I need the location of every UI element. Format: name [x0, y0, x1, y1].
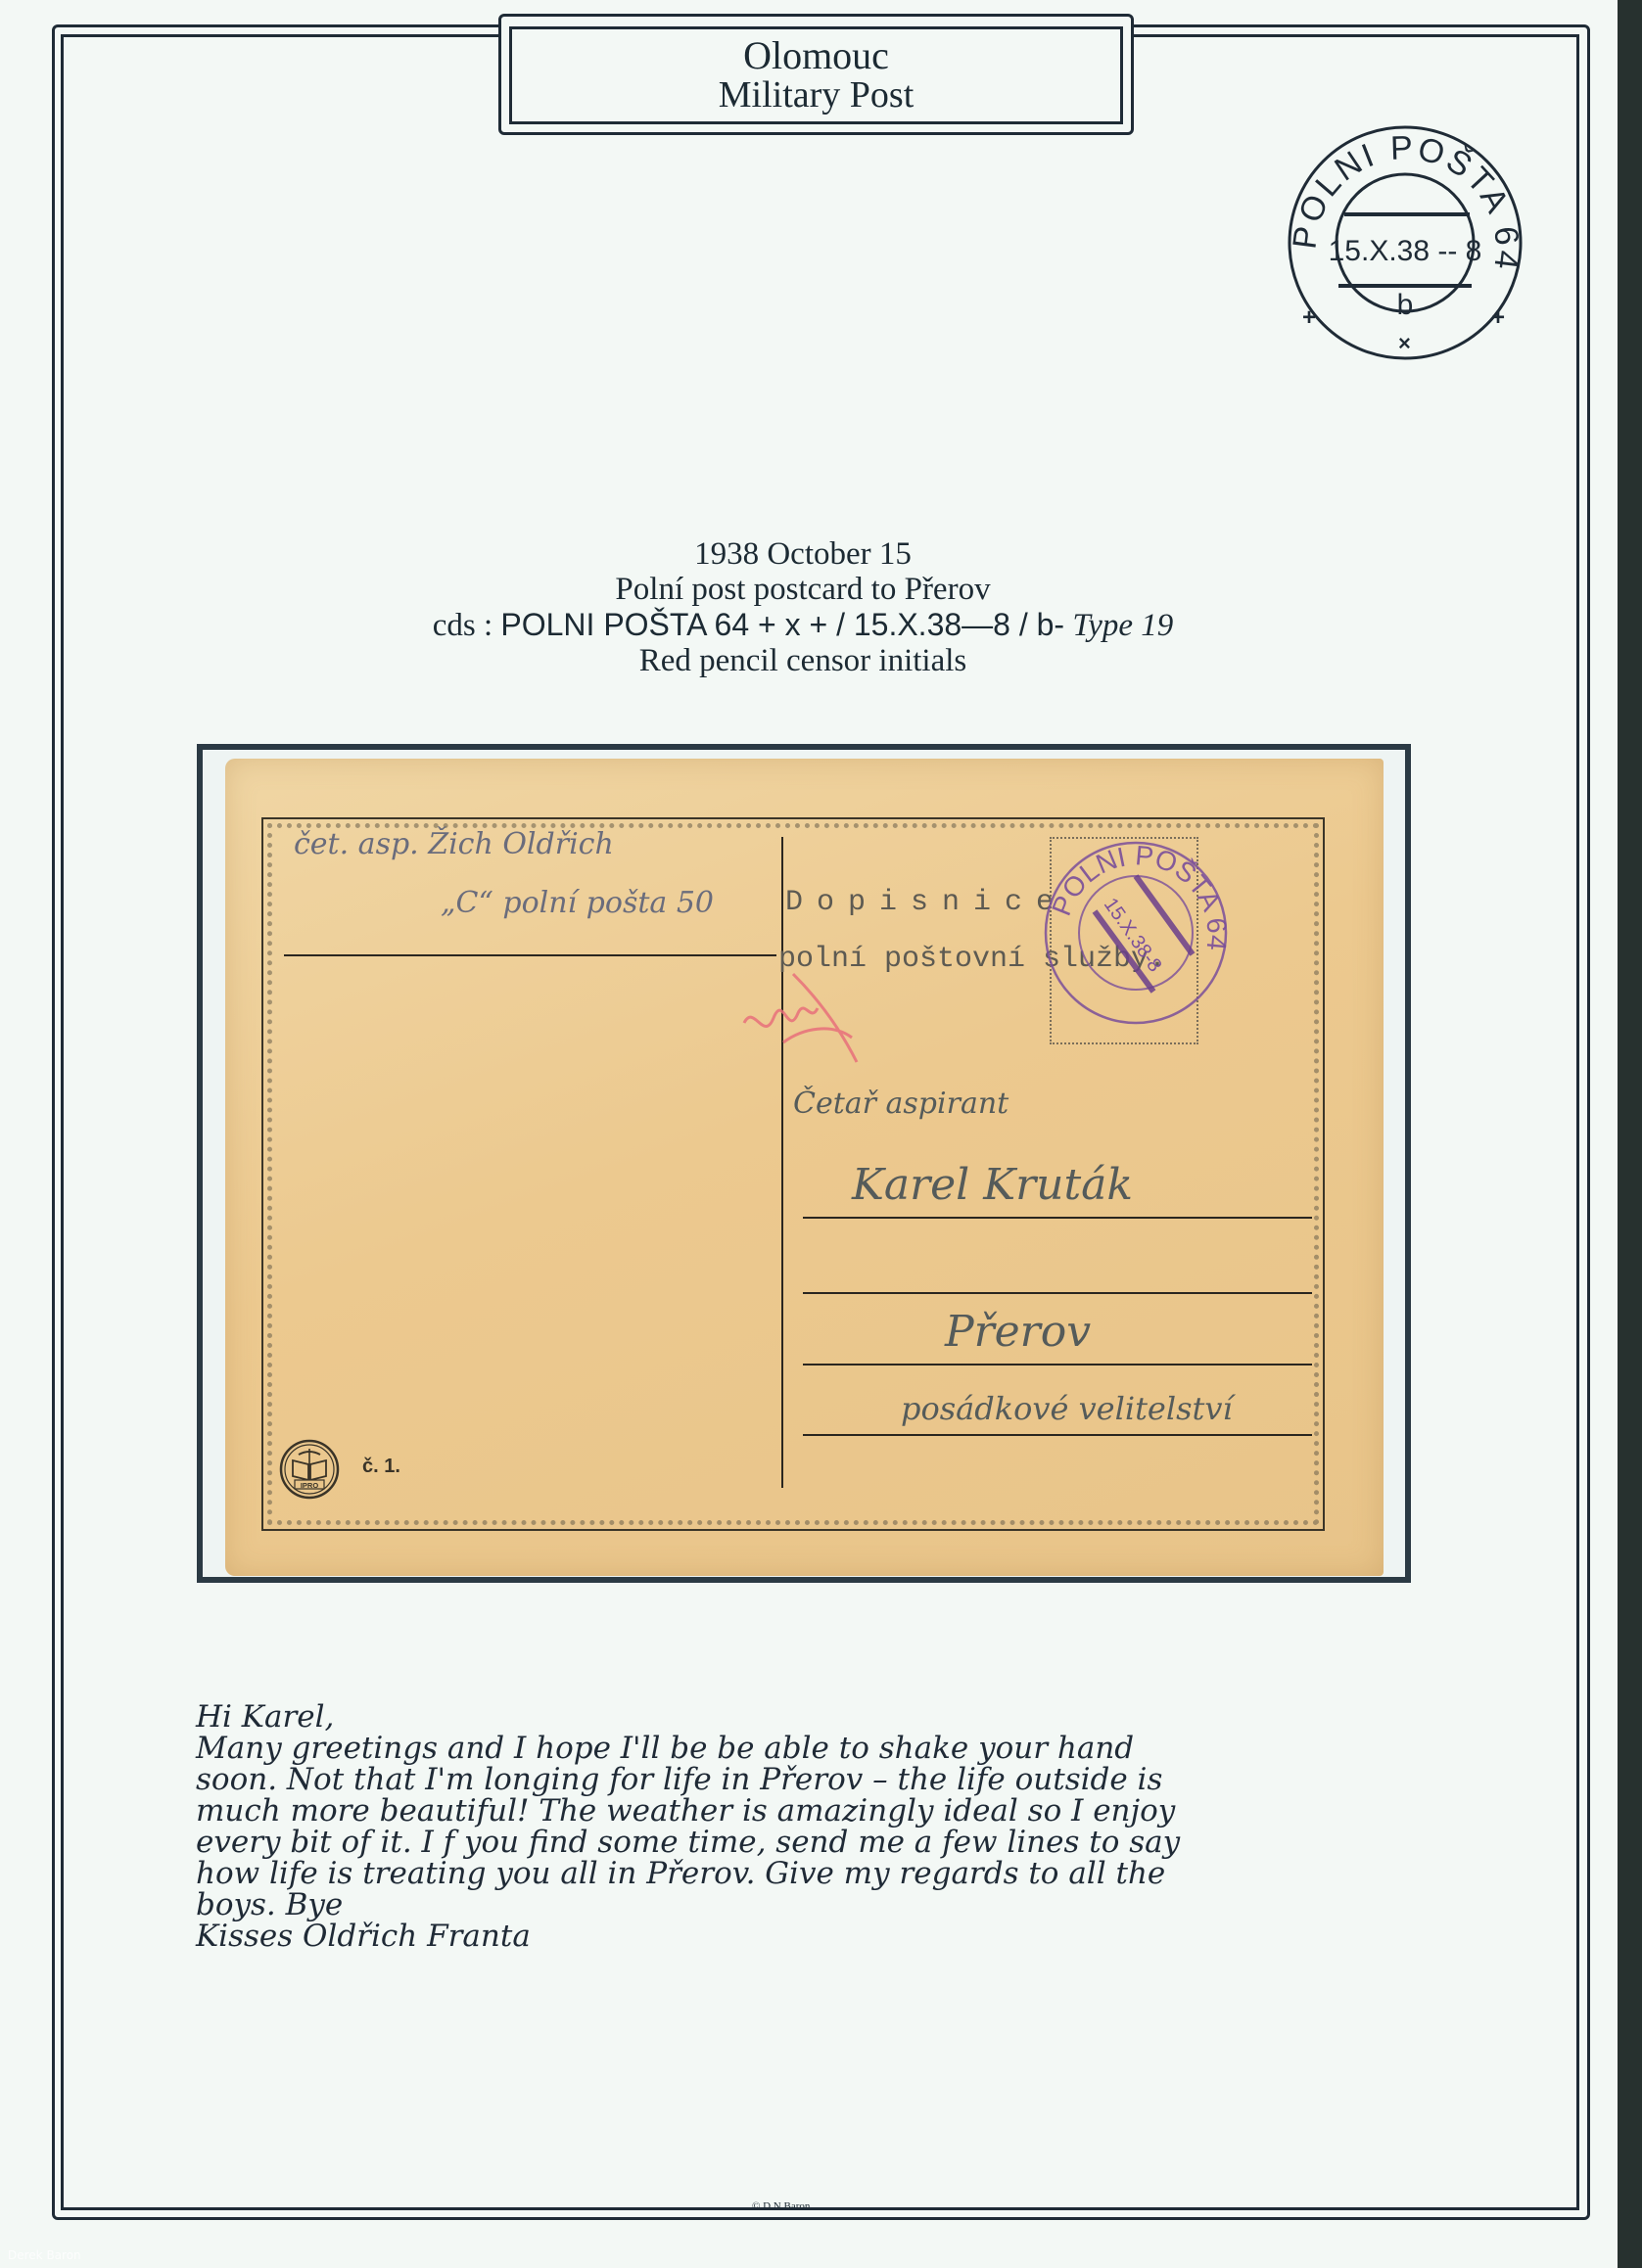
caption-censor: Red pencil censor initials — [196, 643, 1410, 678]
sender-line-2: „C“ polní pošta 50 — [441, 886, 714, 920]
scanner-watermark: Derek Baron — [8, 2248, 81, 2262]
letter-line: Many greetings and I hope I'll be be abl… — [196, 1733, 1410, 1764]
letter-line: how life is treating you all in Přerov. … — [196, 1858, 1410, 1889]
letter-line: boys. Bye — [196, 1889, 1410, 1921]
recipient-town: Přerov — [945, 1307, 1091, 1357]
caption-cds: cds : POLNI POŠTA 64 + x + / 15.X.38—8 /… — [196, 607, 1410, 643]
card-printed-title: Dopisnice — [785, 886, 1067, 919]
recipient-name: Karel Kruták — [852, 1160, 1133, 1210]
letter-line: soon. Not that I'm longing for life in P… — [196, 1764, 1410, 1795]
card-number: č. 1. — [362, 1456, 400, 1478]
svg-text:IPRO: IPRO — [301, 1481, 319, 1490]
svg-text:+: + — [1302, 304, 1316, 331]
page-subtitle: Military Post — [719, 75, 915, 115]
violet-postmark-icon: POLNI POŠTA 64 15.X.38-8 — [1038, 835, 1234, 1031]
sender-line-1: čet. asp. Žich Oldřich — [294, 827, 614, 861]
address-rule-2 — [803, 1292, 1312, 1294]
svg-text:15.X.38 -- 8: 15.X.38 -- 8 — [1329, 235, 1482, 267]
red-censor-initials-icon — [734, 964, 871, 1072]
postmark-illustration-icon: POLNI POŠTA 64 15.X.38 -- 8 b + × + — [1278, 116, 1532, 370]
scan-edge-strip — [1618, 0, 1642, 2268]
sender-rule — [284, 954, 776, 956]
svg-text:b: b — [1397, 289, 1414, 321]
letter-line: Hi Karel, — [196, 1701, 1410, 1733]
address-rule-3 — [803, 1364, 1312, 1365]
card-divider — [781, 837, 783, 1488]
address-rule-4 — [803, 1434, 1312, 1436]
letter-line: every bit of it. I f you find some time,… — [196, 1827, 1410, 1858]
postcard: čet. asp. Žich Oldřich „C“ polní pošta 5… — [225, 759, 1384, 1576]
page-title: Olomouc — [743, 36, 889, 75]
address-rule-1 — [803, 1217, 1312, 1219]
caption-item: Polní post postcard to Přerov — [196, 572, 1410, 607]
item-description: 1938 October 15 Polní post postcard to P… — [196, 536, 1410, 678]
copyright-notice: © D.N.Baron — [752, 2200, 810, 2212]
svg-text:×: × — [1398, 331, 1411, 355]
recipient-rank: Četař aspirant — [793, 1087, 1009, 1121]
title-box: Olomouc Military Post — [498, 14, 1134, 135]
letter-line: Kisses Oldřich Franta — [196, 1921, 1410, 1952]
recipient-unit: posádkové velitelství — [901, 1390, 1233, 1427]
letter-translation: Hi Karel, Many greetings and I hope I'll… — [196, 1701, 1410, 1952]
letter-line: much more beautiful! The weather is amaz… — [196, 1795, 1410, 1827]
ipro-publisher-logo-icon: IPRO — [279, 1439, 340, 1500]
caption-date: 1938 October 15 — [196, 536, 1410, 572]
svg-text:+: + — [1491, 304, 1505, 331]
